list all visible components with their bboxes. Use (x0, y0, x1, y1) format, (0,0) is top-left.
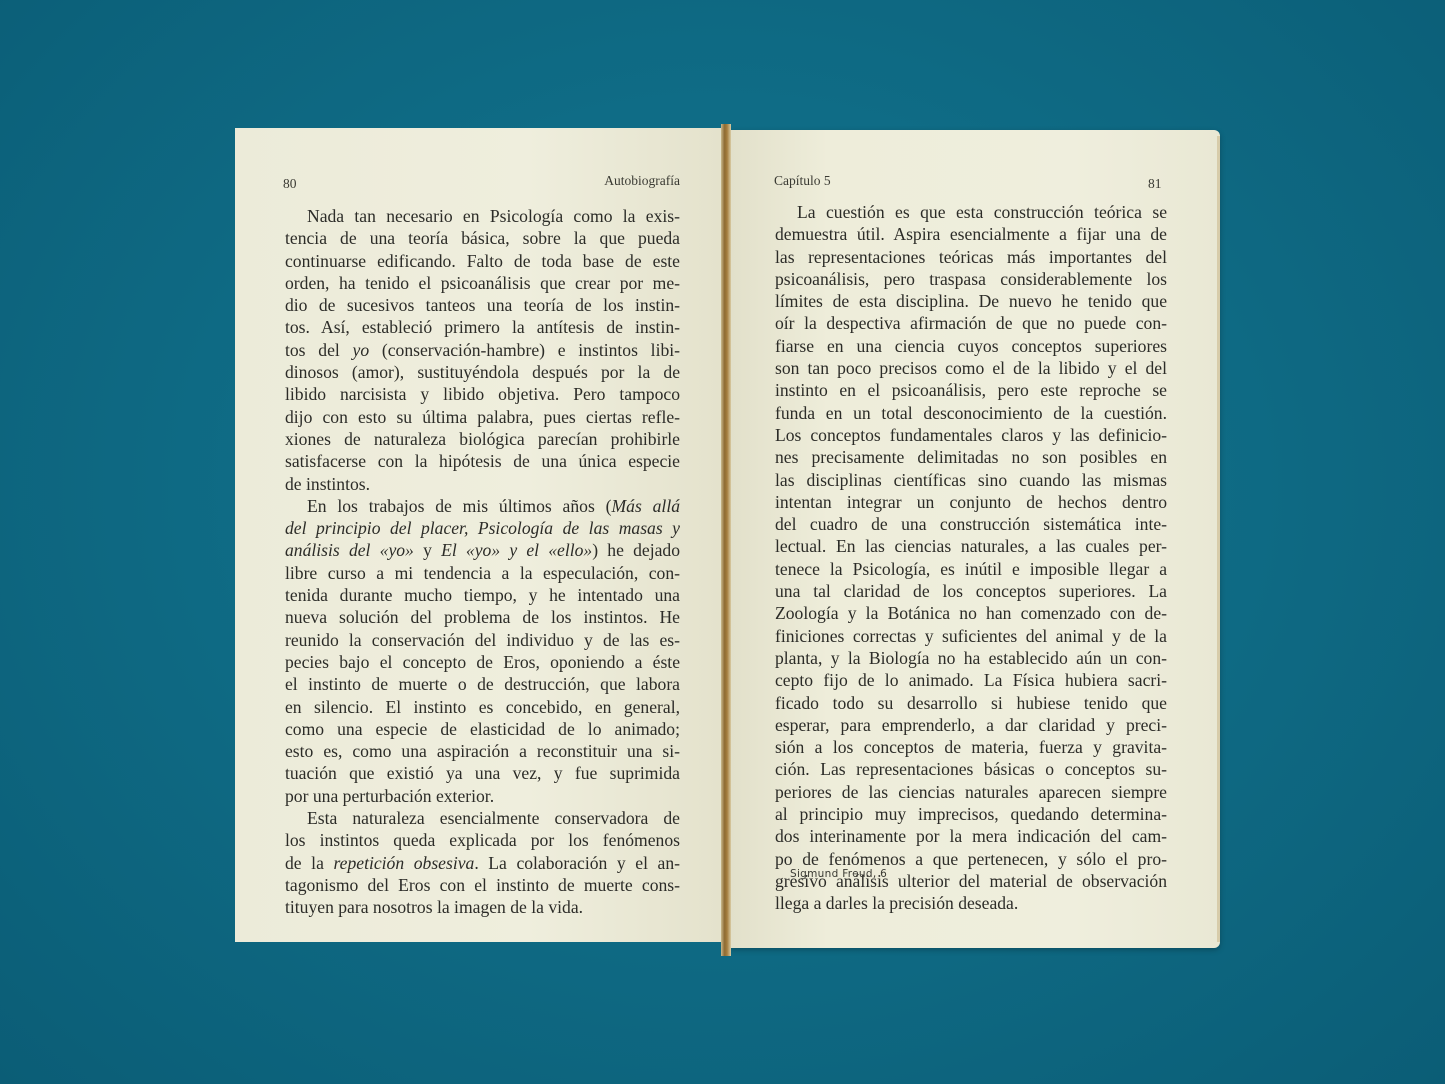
text-line: análisis del «yo» y El «yo» y el «ello»)… (285, 539, 680, 561)
text-line: finiciones correctas y suficientes del a… (775, 625, 1167, 647)
text-line: po de fenómenos a que pertenecen, y sólo… (775, 848, 1167, 870)
right-page-body: La cuestión es que esta construcción teó… (775, 201, 1167, 915)
text-line: como una especie de elasticidad de lo an… (285, 718, 680, 740)
text-line: tencia de una teoría básica, sobre la qu… (285, 227, 680, 249)
text-line: al principio muy imprecisos, quedando de… (775, 803, 1167, 825)
running-header-right: Capítulo 5 (774, 173, 831, 189)
text-line: tagonismo del Eros con el instinto de mu… (285, 874, 680, 896)
text-line: las disciplinas científicas sino cuando … (775, 469, 1167, 491)
running-header-left: Autobiografía (604, 173, 680, 189)
text-line: dinosos (amor), sustituyéndola después p… (285, 361, 680, 383)
text-line: Nada tan necesario en Psicología como la… (285, 205, 680, 227)
left-page: 80 Autobiografía Nada tan necesario en P… (235, 128, 723, 942)
text-line: lectual. En las ciencias naturales, a la… (775, 535, 1167, 557)
text-line: Esta naturaleza esencialmente conservado… (285, 807, 680, 829)
text-line: el instinto de muerte o de destrucción, … (285, 673, 680, 695)
text-line: esto es, como una aspiración a reconstit… (285, 740, 680, 762)
text-line: los instintos queda explicada por los fe… (285, 829, 680, 851)
text-line: libre curso a mi tendencia a la especula… (285, 562, 680, 584)
text-line: de instintos. (285, 473, 680, 495)
text-line: tituyen para nosotros la imagen de la vi… (285, 896, 680, 918)
text-line: planta, y la Biología no ha establecido … (775, 647, 1167, 669)
text-line: límites de esta disciplina. De nuevo he … (775, 290, 1167, 312)
text-line: Zoología y la Botánica no han comenzado … (775, 602, 1167, 624)
page-number-left: 80 (283, 176, 297, 192)
text-line: libido narcisista y libido objetiva. Per… (285, 383, 680, 405)
text-line: llega a darles la precisión deseada. (775, 892, 1167, 914)
text-line: reunido la conservación del individuo y … (285, 629, 680, 651)
book-gutter (721, 124, 731, 956)
text-line: sión a los conceptos de materia, fuerza … (775, 736, 1167, 758)
page-number-right: 81 (1148, 176, 1162, 192)
text-line: las representaciones teóricas más import… (775, 246, 1167, 268)
text-line: nueva solución del problema de los insti… (285, 606, 680, 628)
text-line: tuación que existió ya una vez, y fue su… (285, 762, 680, 784)
text-line: demuestra útil. Aspira esencialmente a f… (775, 223, 1167, 245)
text-line: esperar, para emprenderlo, a dar clarida… (775, 714, 1167, 736)
text-line: continuarse edificando. Falto de toda ba… (285, 250, 680, 272)
text-line: Los conceptos fundamentales claros y las… (775, 424, 1167, 446)
text-line: tos. Así, estableció primero la antítesi… (285, 316, 680, 338)
text-line: por una perturbación exterior. (285, 785, 680, 807)
text-line: periores de las ciencias naturales apare… (775, 781, 1167, 803)
text-line: tenece la Psicología, es inútil e imposi… (775, 558, 1167, 580)
text-line: instinto en el psicoanálisis, pero este … (775, 379, 1167, 401)
text-line: del principio del placer, Psicología de … (285, 517, 680, 539)
text-line: oír la despectiva afirmación de que no p… (775, 312, 1167, 334)
text-line: ción. Las representaciones básicas o con… (775, 758, 1167, 780)
text-line: en silencio. El instinto es concebido, e… (285, 696, 680, 718)
signature-mark: Sigmund Freud, 6 (790, 868, 887, 880)
text-line: pecies bajo el concepto de Eros, oponien… (285, 651, 680, 673)
text-line: ficado todo su desarrollo si hubiese ten… (775, 692, 1167, 714)
text-line: una tal claridad de los conceptos superi… (775, 580, 1167, 602)
text-line: son tan poco precisos como el de la libi… (775, 357, 1167, 379)
left-page-body: Nada tan necesario en Psicología como la… (285, 205, 680, 919)
text-line: La cuestión es que esta construcción teó… (775, 201, 1167, 223)
text-line: nes precisamente delimitadas no son posi… (775, 446, 1167, 468)
text-line: orden, ha tenido el psicoanálisis que cr… (285, 272, 680, 294)
right-page: Capítulo 5 81 La cuestión es que esta co… (730, 130, 1220, 948)
text-line: En los trabajos de mis últimos años (Más… (285, 495, 680, 517)
text-line: del cuadro de una construcción sistemáti… (775, 513, 1167, 535)
open-book: 80 Autobiografía Nada tan necesario en P… (0, 0, 1445, 1084)
text-line: funda en un total desconocimiento de la … (775, 402, 1167, 424)
text-line: xiones de naturaleza biológica parecían … (285, 428, 680, 450)
text-line: de la repetición obsesiva. La colaboraci… (285, 852, 680, 874)
text-line: dos interinamente por la mera indicación… (775, 825, 1167, 847)
text-line: dijo con esto su última palabra, pues ci… (285, 406, 680, 428)
text-line: dio de sucesivos tanteos una teoría de l… (285, 294, 680, 316)
text-line: psicoanálisis, pero traspasa considerabl… (775, 268, 1167, 290)
text-line: tenida durante mucho tiempo, y he intent… (285, 584, 680, 606)
text-line: intentan integrar un conjunto de hechos … (775, 491, 1167, 513)
text-line: fiarse en una ciencia cuyos conceptos su… (775, 335, 1167, 357)
text-line: tos del yo (conservación-hambre) e insti… (285, 339, 680, 361)
text-line: satisfacerse con la hipótesis de una úni… (285, 450, 680, 472)
text-line: cepto fijo de lo animado. La Física hubi… (775, 669, 1167, 691)
